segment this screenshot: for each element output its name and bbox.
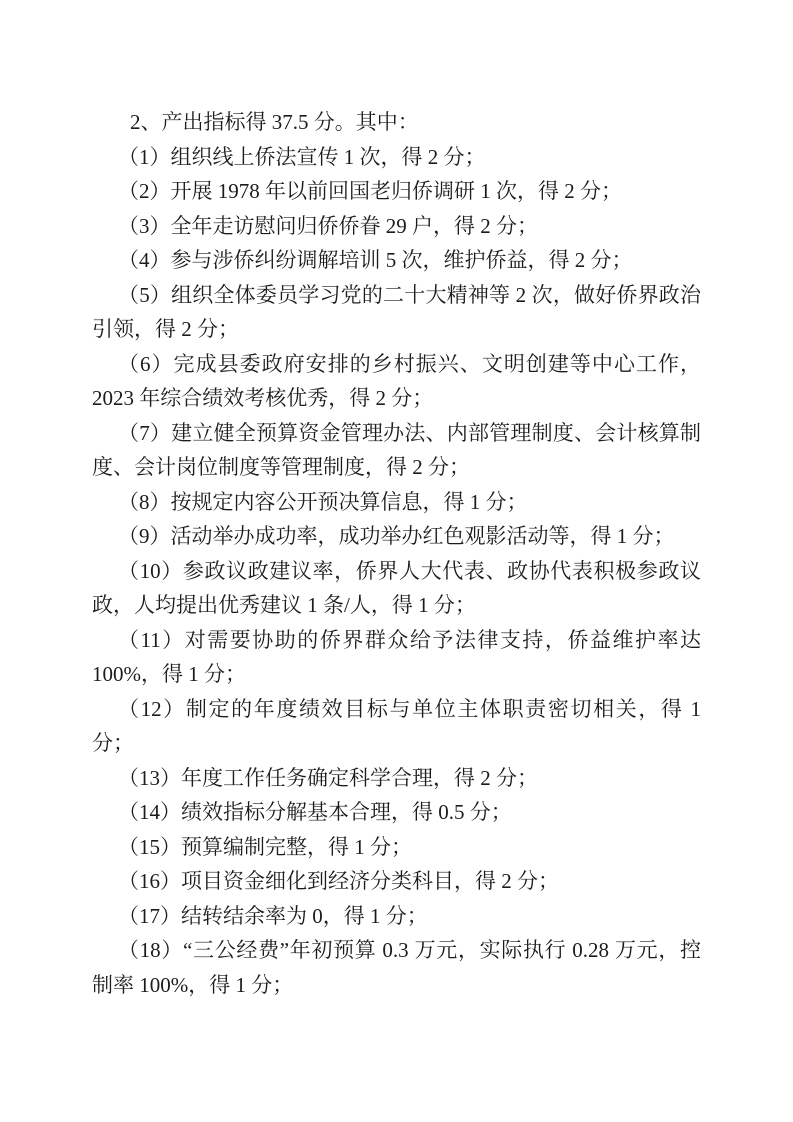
list-item-1: （1）组织线上侨法宣传 1 次，得 2 分； [92, 140, 701, 175]
list-item-14: （14）绩效指标分解基本合理，得 0.5 分； [92, 795, 701, 830]
list-item-18: （18）“三公经费”年初预算 0.3 万元，实际执行 0.28 万元，控制率 1… [92, 933, 701, 1002]
section-heading: 2、产出指标得 37.5 分。其中： [92, 105, 701, 140]
list-item-8: （8）按规定内容公开预决算信息，得 1 分； [92, 485, 701, 520]
list-item-16: （16）项目资金细化到经济分类科目，得 2 分； [92, 864, 701, 899]
list-item-4: （4）参与涉侨纠纷调解培训 5 次，维护侨益，得 2 分； [92, 243, 701, 278]
list-item-5: （5）组织全体委员学习党的二十大精神等 2 次，做好侨界政治引领，得 2 分； [92, 278, 701, 347]
list-item-13: （13）年度工作任务确定科学合理，得 2 分； [92, 761, 701, 796]
list-item-12: （12）制定的年度绩效目标与单位主体职责密切相关，得 1 分； [92, 692, 701, 761]
list-item-6: （6）完成县委政府安排的乡村振兴、文明创建等中心工作，2023 年综合绩效考核优… [92, 347, 701, 416]
list-item-15: （15）预算编制完整，得 1 分； [92, 830, 701, 865]
list-item-17: （17）结转结余率为 0，得 1 分； [92, 899, 701, 934]
list-item-11: （11）对需要协助的侨界群众给予法律支持，侨益维护率达 100%，得 1 分； [92, 623, 701, 692]
list-item-3: （3）全年走访慰问归侨侨眷 29 户，得 2 分； [92, 209, 701, 244]
list-item-9: （9）活动举办成功率，成功举办红色观影活动等，得 1 分； [92, 519, 701, 554]
list-item-7: （7）建立健全预算资金管理办法、内部管理制度、会计核算制度、会计岗位制度等管理制… [92, 416, 701, 485]
list-item-10: （10）参政议政建议率，侨界人大代表、政协代表积极参政议政，人均提出优秀建议 1… [92, 554, 701, 623]
document-body: 2、产出指标得 37.5 分。其中： （1）组织线上侨法宣传 1 次，得 2 分… [92, 105, 701, 1002]
list-item-2: （2）开展 1978 年以前回国老归侨调研 1 次，得 2 分； [92, 174, 701, 209]
document-page: 2、产出指标得 37.5 分。其中： （1）组织线上侨法宣传 1 次，得 2 分… [0, 0, 793, 1122]
